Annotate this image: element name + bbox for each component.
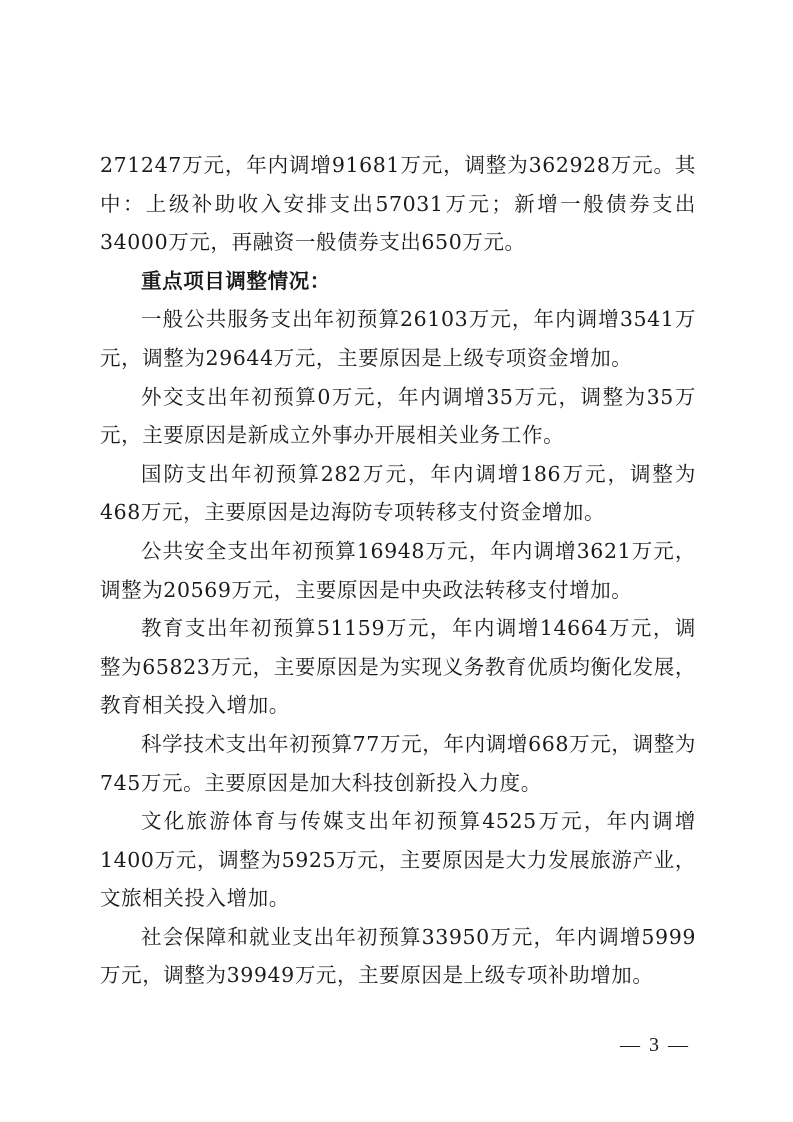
page-number: — 3 — — [620, 1034, 690, 1057]
paragraph-culture-tourism-sports-media: 文化旅游体育与传媒支出年初预算4525万元，年内调增1400万元，调整为5925… — [100, 802, 696, 918]
paragraph-national-defense: 国防支出年初预算282万元，年内调增186万元，调整为468万元，主要原因是边海… — [100, 455, 696, 532]
paragraph-science-technology: 科学技术支出年初预算77万元，年内调增668万元，调整为745万元。主要原因是加… — [100, 725, 696, 802]
paragraph-public-security: 公共安全支出年初预算16948万元，年内调增3621万元，调整为20569万元，… — [100, 532, 696, 609]
document-page: 271247万元，年内调增91681万元，调整为362928万元。其中：上级补助… — [100, 146, 696, 995]
paragraph-social-security-employment: 社会保障和就业支出年初预算33950万元，年内调增5999万元，调整为39949… — [100, 918, 696, 995]
paragraph-foreign-affairs: 外交支出年初预算0万元，年内调增35万元，调整为35万元，主要原因是新成立外事办… — [100, 378, 696, 455]
paragraph-general-budget-continuation: 271247万元，年内调增91681万元，调整为362928万元。其中：上级补助… — [100, 146, 696, 262]
section-heading-key-items: 重点项目调整情况： — [100, 262, 696, 301]
paragraph-general-public-services: 一般公共服务支出年初预算26103万元，年内调增3541万元，调整为29644万… — [100, 300, 696, 377]
paragraph-education: 教育支出年初预算51159万元，年内调增14664万元，调整为65823万元，主… — [100, 609, 696, 725]
